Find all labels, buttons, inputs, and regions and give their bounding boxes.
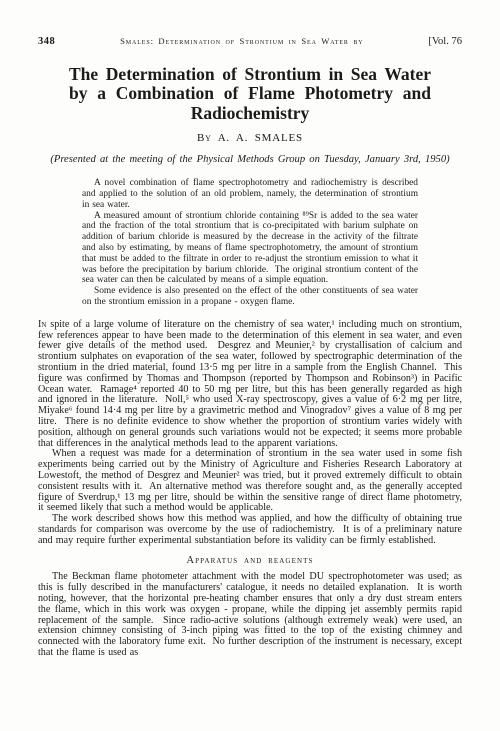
- abstract-paragraph-3: Some evidence is also presented on the e…: [82, 286, 418, 308]
- running-title: Smales: Determination of Strontium in Se…: [120, 36, 363, 46]
- article-body: In spite of a large volume of literature…: [38, 320, 462, 659]
- article-title-line-3: Radiochemistry: [69, 104, 431, 123]
- article-title-line-1: The Determination of Strontium in Sea Wa…: [69, 65, 431, 84]
- presentation-note: (Presented at the meeting of the Physica…: [38, 154, 462, 165]
- article-title-line-2: by a Combination of Flame Photometry and: [69, 84, 431, 103]
- abstract-paragraph-1: A novel combination of flame spectrophot…: [82, 178, 418, 210]
- page-header: 348 Smales: Determination of Strontium i…: [38, 36, 462, 47]
- body-paragraph-3: The work described shows how this method…: [38, 514, 462, 546]
- body-paragraph-1-text: spite of a large volume of literature on…: [38, 319, 465, 449]
- body-paragraph-2: When a request was made for a determinat…: [38, 449, 462, 514]
- page-number: 348: [38, 36, 55, 47]
- article-title: The Determination of Strontium in Sea Wa…: [69, 65, 431, 123]
- section-heading-apparatus-and-reagents: Apparatus and reagents: [38, 556, 462, 567]
- journal-page: 348 Smales: Determination of Strontium i…: [0, 0, 500, 731]
- abstract-paragraph-2: A measured amount of strontium chloride …: [82, 211, 418, 287]
- body-paragraph-4: The Beckman flame photometer attachment …: [38, 572, 462, 658]
- byline: By A. A. SMALES: [38, 132, 462, 144]
- volume-label: [Vol. 76: [428, 36, 462, 47]
- abstract: A novel combination of flame spectrophot…: [82, 178, 418, 308]
- body-paragraph-1: In spite of a large volume of literature…: [38, 320, 462, 450]
